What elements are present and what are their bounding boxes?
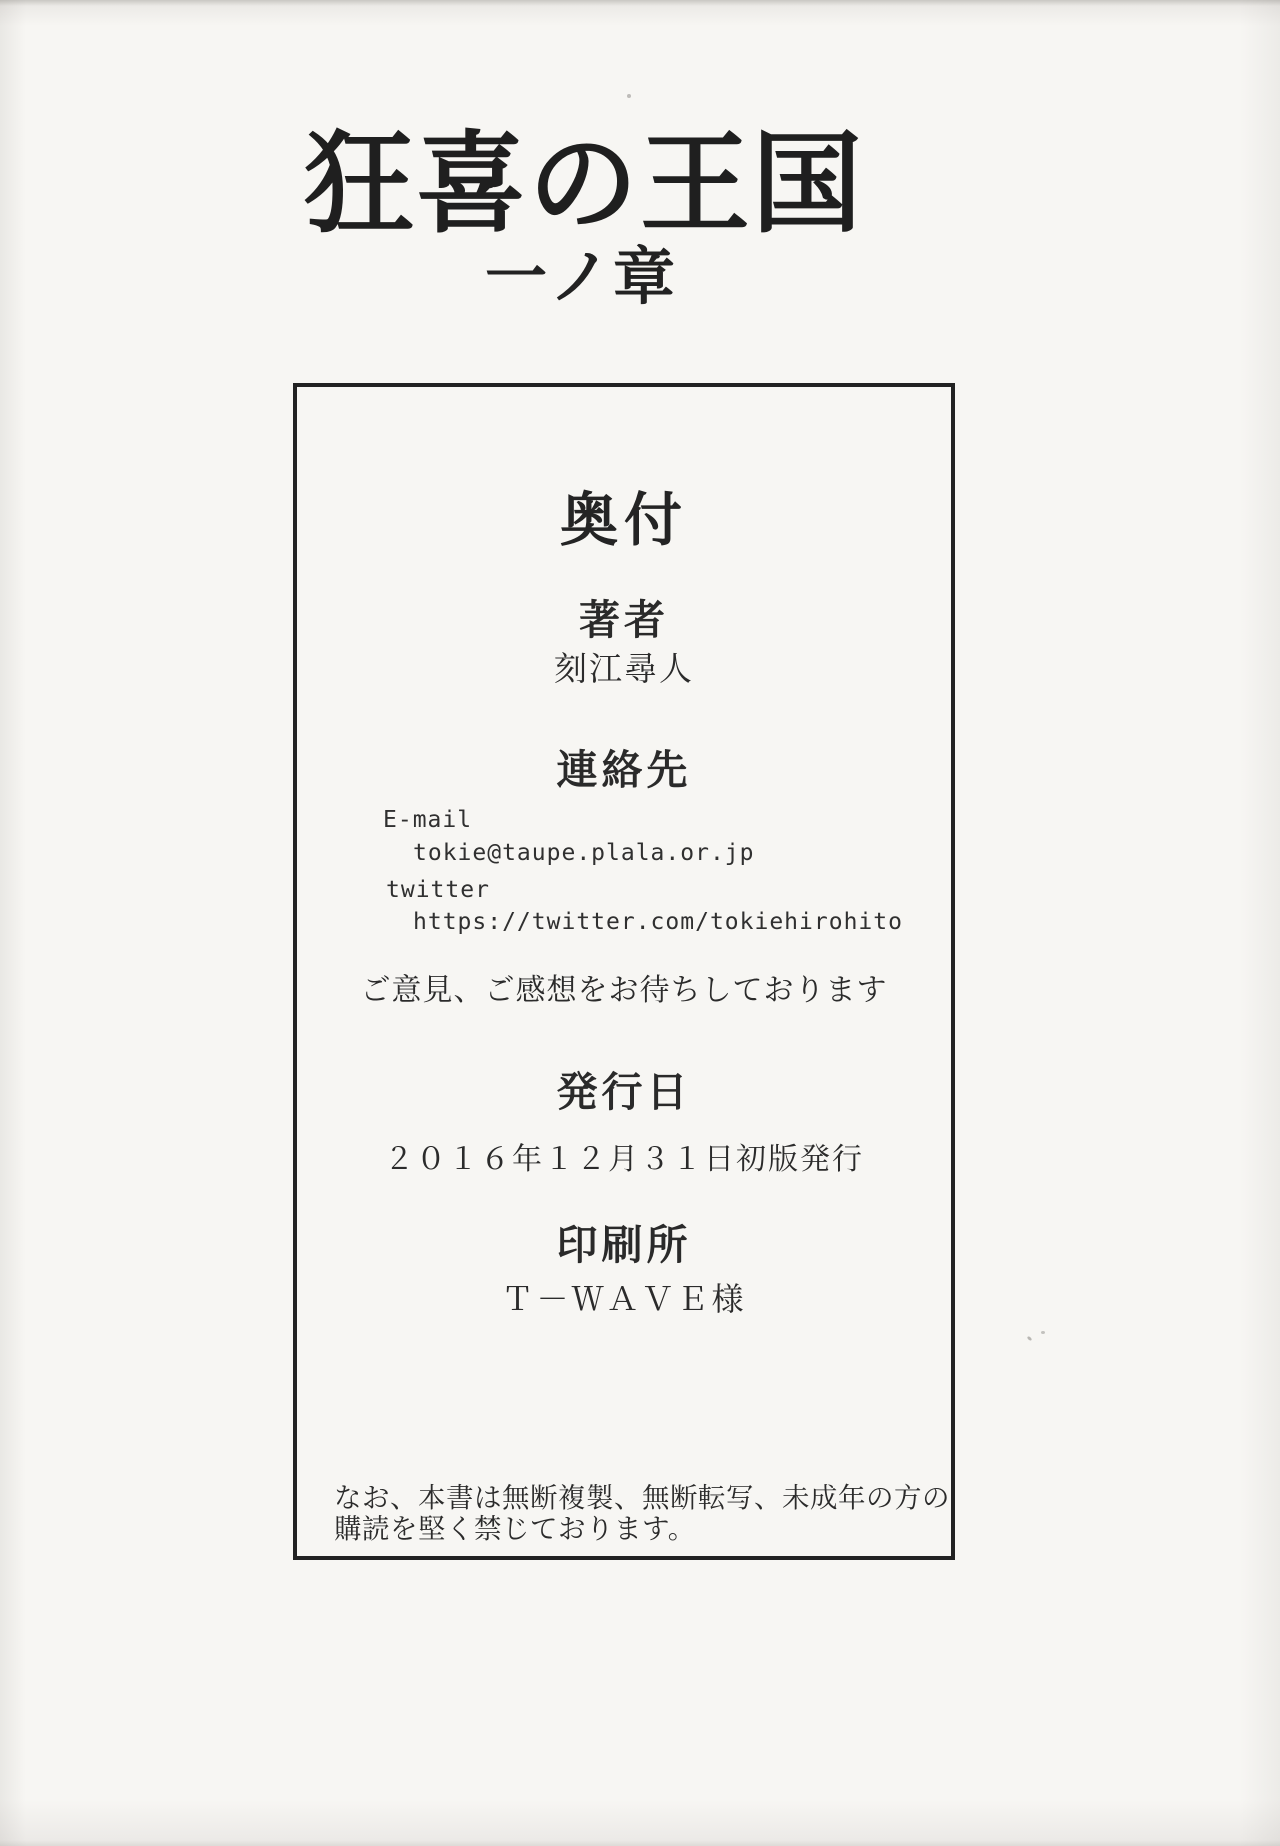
scanned-colophon-page: 狂喜の王国 一ノ章 奥付 著者 刻江尋人 連絡先 E-mail tokie@ta… bbox=[0, 0, 1280, 1846]
feedback-note: ご意見、ご感想をお待ちしております bbox=[297, 965, 951, 1009]
colophon-heading: 奥付 bbox=[297, 473, 951, 557]
printer-label: 印刷所 bbox=[297, 1212, 951, 1271]
publish-date-value: ２０１６年１２月３１日初版発行 bbox=[297, 1134, 951, 1178]
printer-name: Ｔ－ＷＡＶＥ様 bbox=[297, 1274, 951, 1320]
colophon-box: 奥付 著者 刻江尋人 連絡先 E-mail tokie@taupe.plala.… bbox=[293, 383, 955, 1560]
disclaimer-note: なお、本書は無断複製、無断転写、未成年の方の 購読を堅く禁じております。 bbox=[334, 1482, 950, 1544]
twitter-label: twitter bbox=[386, 877, 490, 903]
author-label: 著者 bbox=[297, 587, 951, 646]
scan-speck bbox=[1027, 1336, 1033, 1342]
contact-label: 連絡先 bbox=[297, 737, 951, 796]
twitter-url: https://twitter.com/tokiehirohito bbox=[413, 909, 903, 935]
scan-speck bbox=[627, 94, 631, 98]
author-name: 刻江尋人 bbox=[297, 643, 951, 690]
publish-date-label: 発行日 bbox=[297, 1059, 951, 1118]
email-label: E-mail bbox=[383, 807, 472, 833]
chapter-subtitle: 一ノ章 bbox=[485, 244, 677, 312]
email-address: tokie@taupe.plala.or.jp bbox=[413, 840, 755, 866]
book-title: 狂喜の王国 bbox=[304, 124, 864, 245]
disclaimer-line-1: なお、本書は無断複製、無断転写、未成年の方の bbox=[334, 1482, 950, 1513]
disclaimer-line-2: 購読を堅く禁じております。 bbox=[334, 1513, 950, 1544]
scan-speck bbox=[1041, 1331, 1045, 1334]
